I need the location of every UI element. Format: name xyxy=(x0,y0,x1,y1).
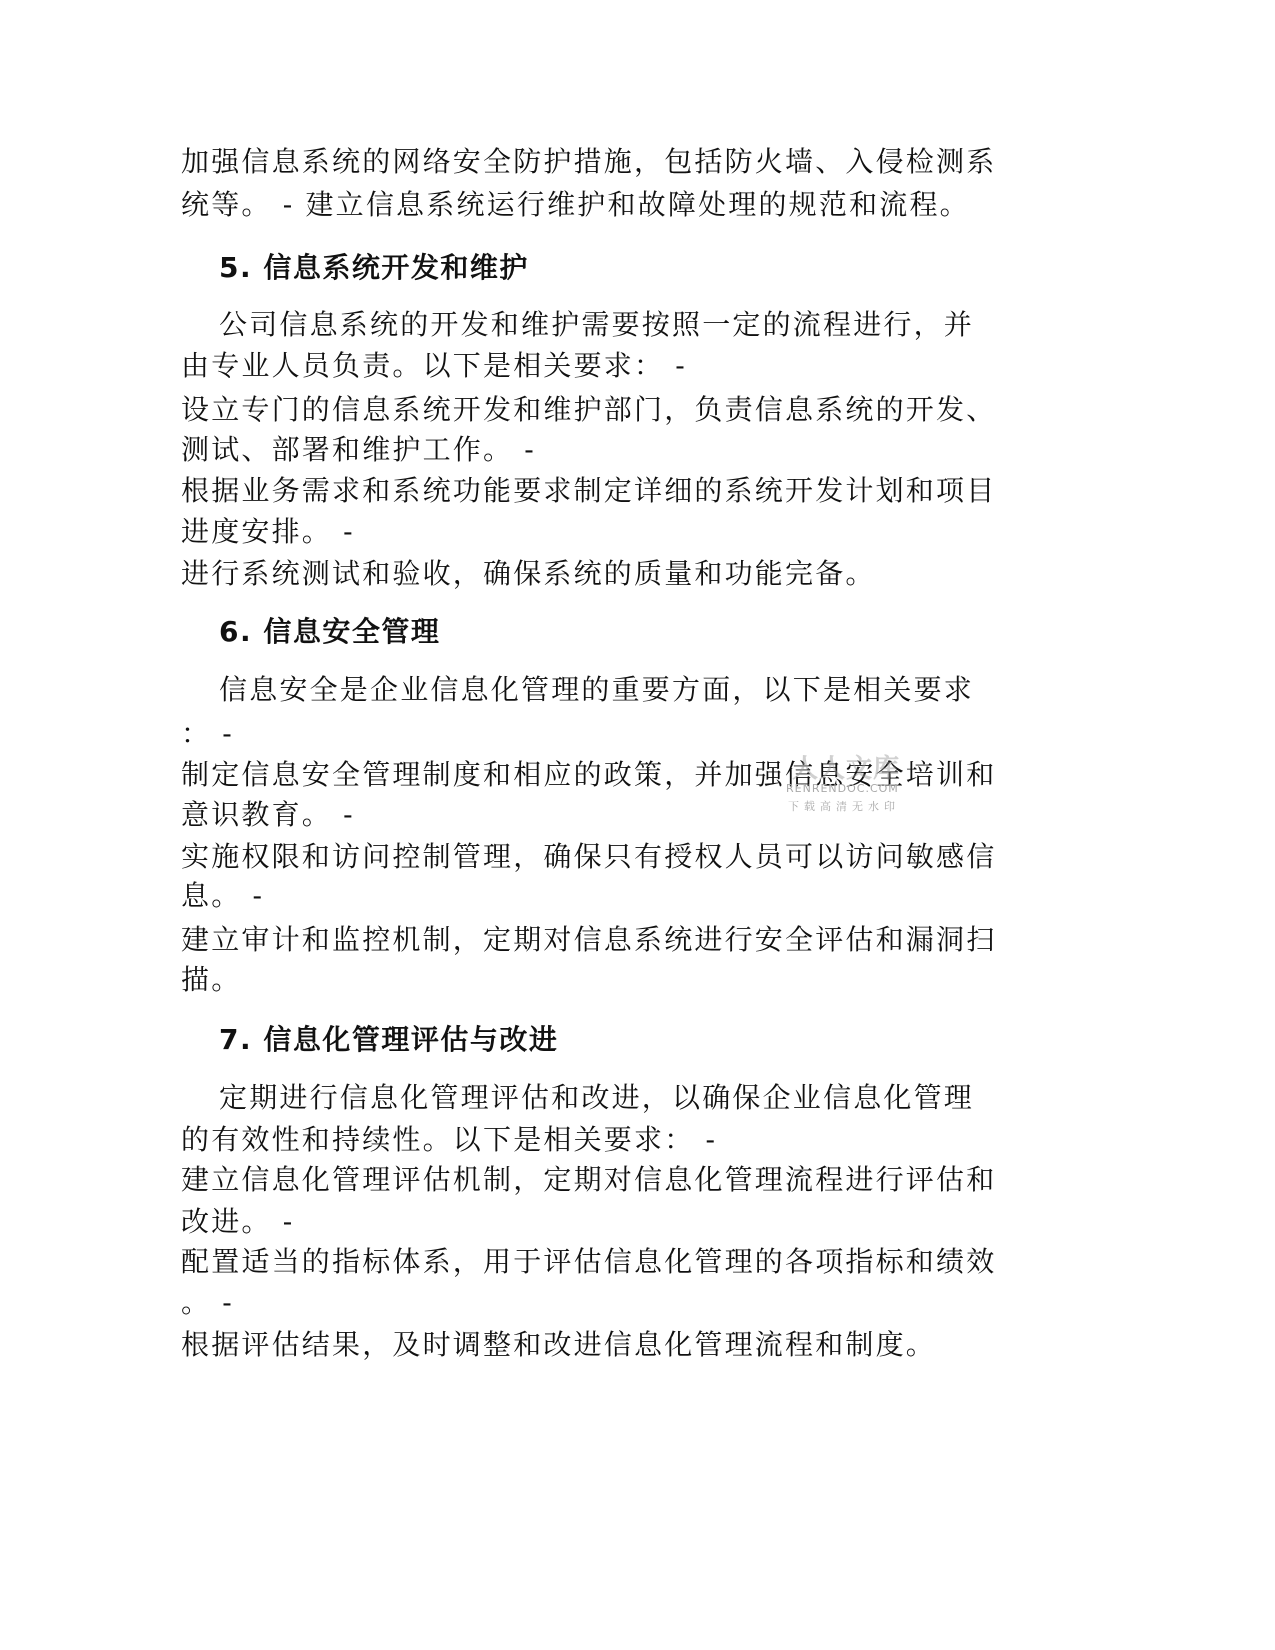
intro-line: 加强信息系统的网络安全防护措施，包括防火墙、入侵检测系 xyxy=(181,145,996,179)
watermark-subtitle: 下载高清无水印 xyxy=(788,798,900,814)
intro-line: 统等。 - 建立信息系统运行维护和故障处理的规范和流程。 xyxy=(181,188,970,222)
paragraph-line: 。 - xyxy=(181,1286,234,1320)
section-heading-6: 6. 信息安全管理 xyxy=(219,615,440,649)
paragraph-line: 公司信息系统的开发和维护需要按照一定的流程进行，并 xyxy=(219,308,974,342)
paragraph-line: 息。 - xyxy=(181,879,264,913)
paragraph-line: 实施权限和访问控制管理，确保只有授权人员可以访问敏感信 xyxy=(181,840,996,874)
section-heading-7: 7. 信息化管理评估与改进 xyxy=(219,1023,558,1057)
paragraph-line: 根据业务需求和系统功能要求制定详细的系统开发计划和项目 xyxy=(181,474,996,508)
paragraph-line: 测试、部署和维护工作。 - xyxy=(181,433,536,467)
paragraph-line: 信息安全是企业信息化管理的重要方面，以下是相关要求 xyxy=(219,673,974,707)
paragraph-line: 描。 xyxy=(181,963,241,997)
paragraph-line: ： - xyxy=(181,717,234,751)
paragraph-line: 制定信息安全管理制度和相应的政策，并加强信息安全培训和 xyxy=(181,758,996,792)
paragraph-line: 改进。 - xyxy=(181,1205,294,1239)
paragraph-line: 设立专门的信息系统开发和维护部门，负责信息系统的开发、 xyxy=(181,393,996,427)
document-page: 加强信息系统的网络安全防护措施，包括防火墙、入侵检测系 统等。 - 建立信息系统… xyxy=(0,0,1275,1650)
paragraph-line: 进行系统测试和验收，确保系统的质量和功能完备。 xyxy=(181,557,876,591)
paragraph-line: 建立信息化管理评估机制，定期对信息化管理流程进行评估和 xyxy=(181,1163,996,1197)
paragraph-line: 由专业人员负责。以下是相关要求： - xyxy=(181,349,687,383)
paragraph-line: 定期进行信息化管理评估和改进，以确保企业信息化管理 xyxy=(219,1081,974,1115)
paragraph-line: 的有效性和持续性。以下是相关要求： - xyxy=(181,1123,717,1157)
section-heading-5: 5. 信息系统开发和维护 xyxy=(219,251,529,285)
paragraph-line: 根据评估结果，及时调整和改进信息化管理流程和制度。 xyxy=(181,1328,936,1362)
paragraph-line: 建立审计和监控机制，定期对信息系统进行安全评估和漏洞扫 xyxy=(181,923,996,957)
paragraph-line: 进度安排。 - xyxy=(181,515,355,549)
paragraph-line: 意识教育。 - xyxy=(181,798,355,832)
paragraph-line: 配置适当的指标体系，用于评估信息化管理的各项指标和绩效 xyxy=(181,1245,996,1279)
